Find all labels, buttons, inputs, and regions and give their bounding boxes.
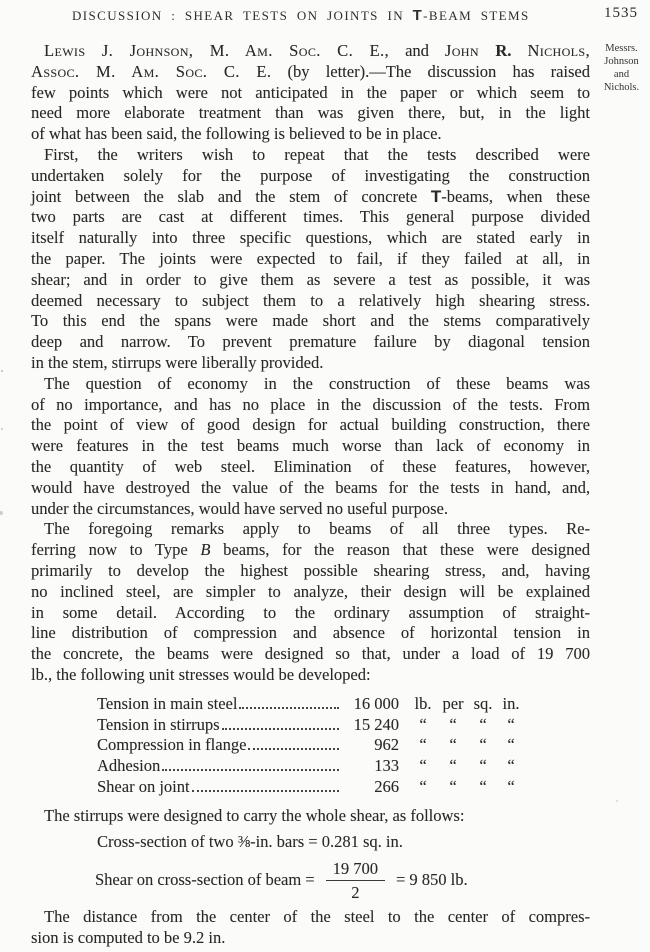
text-line: The question of economy in the construct… [31,374,590,395]
stress-unit: “ [468,777,498,798]
stress-unit: “ [438,735,468,756]
margin-note: Messrs. Johnson and Nichols. [593,42,650,94]
stress-units: lb.persq.in. [408,694,524,715]
stress-value: 962 [341,735,399,756]
dotted-leader [162,766,339,771]
stress-unit: “ [438,777,468,798]
paragraph-type-b: The foregoing remarks apply to beams of … [31,519,590,685]
stress-unit: “ [468,735,498,756]
stress-table-row: Compression in flange962““““ [97,735,524,756]
text-column: Lewis J. Johnson, M. Am. Soc. C. E., and… [31,41,590,949]
stress-unit: “ [468,715,498,736]
stress-unit: “ [498,777,524,798]
text-line: primarily to develop the highest possibl… [31,561,590,582]
margin-note-line: Messrs. [593,42,650,55]
text-segment: in the stem, stirrups were liberally pro… [31,353,323,372]
stress-unit: “ [408,735,438,756]
text-segment: R. [495,41,511,60]
stress-unit: “ [408,715,438,736]
equation-lhs: Shear on cross-section of beam = [95,870,315,891]
stress-table-row: Tension in main steel16 000lb.persq.in. [97,694,524,715]
text-line: The distance from the center of the stee… [31,907,590,928]
text-segment: were features in the test beams much wor… [31,436,590,455]
stress-label: Adhesion [97,756,160,777]
stress-label: Tension in main steel [97,694,237,715]
stress-table: Tension in main steel16 000lb.persq.in.T… [97,694,524,798]
page-number: 1535 [604,5,638,22]
text-line: of what has been said, the following is … [31,124,590,145]
scan-specks [1,370,3,372]
scanned-page: DISCUSSION : SHEAR TESTS ON JOINTS IN T-… [0,0,650,952]
stress-unit: “ [408,756,438,777]
text-segment: of what has been said, the following is … [31,124,442,143]
text-line: To this end the spans were made short an… [31,311,590,332]
stress-unit: “ [468,756,498,777]
text-line: sion is computed to be 9.2 in. [31,928,590,949]
stress-table-row: Adhesion133““““ [97,756,524,777]
text-segment: few points which were not anticipated in… [31,83,590,102]
running-header: DISCUSSION : SHEAR TESTS ON JOINTS IN T-… [0,0,650,28]
stress-units: ““““ [408,756,524,777]
fraction-denominator: 2 [326,881,385,902]
text-segment: the paper. The joints were expected to f… [31,249,590,268]
paragraph-economy: The question of economy in the construct… [31,374,590,520]
fraction-numerator: 19 700 [326,859,385,881]
text-segment: itself naturally into three specific que… [31,228,590,247]
text-line: in some detail. According to the ordinar… [31,603,590,624]
text-segment: joint between the slab and the stem of c… [31,187,431,206]
text-line: undertaken solely for the purpose of inv… [31,166,590,187]
text-segment: To this end the spans were made short an… [31,311,590,330]
equation-rhs: = 9 850 lb. [396,870,468,891]
text-line: the quantity of web steel. Elimination o… [31,457,590,478]
stress-label: Shear on joint [97,777,190,798]
text-line: no inclined steel, are simpler to analyz… [31,582,590,603]
text-segment: deemed necessary to subject them to a re… [31,291,590,310]
text-line: were features in the test beams much wor… [31,436,590,457]
stress-unit: in. [498,694,524,715]
text-segment: lb., the following unit stresses would b… [31,665,371,684]
text-segment: T [413,7,424,24]
cross-section-line: Cross-section of two ⅜-in. bars = 0.281 … [97,832,590,853]
text-line: line distribution of compression and abs… [31,623,590,644]
stress-units: ““““ [408,735,524,756]
text-line: itself naturally into three specific que… [31,228,590,249]
text-line: First, the writers wish to repeat that t… [31,145,590,166]
stress-unit: lb. [408,694,438,715]
text-segment: shear; and in order to give them as seve… [31,270,590,289]
text-segment: need more elaborate treatment than was g… [31,103,590,122]
text-segment: the concrete, the beams were designed so… [31,644,590,663]
text-segment: ferring now to Type [31,540,200,559]
stress-unit: “ [408,777,438,798]
text-line: few points which were not anticipated in… [31,83,590,104]
text-line: Lewis J. Johnson, M. Am. Soc. C. E., and… [31,41,590,62]
text-segment: line distribution of compression and abs… [31,623,590,642]
text-segment: First, the writers wish to repeat that t… [44,145,590,164]
stress-value: 16 000 [341,694,399,715]
stress-unit: per [438,694,468,715]
text-segment: two parts are cast at different times. T… [31,207,590,226]
stress-unit: “ [498,756,524,777]
text-segment: The stirrups were designed to carry the … [44,806,464,825]
running-header-title: DISCUSSION : SHEAR TESTS ON JOINTS IN T-… [72,7,530,24]
stress-units: ““““ [408,715,524,736]
text-line: ferring now to Type B beams, for the rea… [31,540,590,561]
text-segment: sion is computed to be 9.2 in. [31,928,225,947]
dotted-leader [222,725,339,730]
text-segment: in some detail. According to the ordinar… [31,603,590,622]
text-segment: no inclined steel, are simpler to analyz… [31,582,590,601]
text-segment: John [445,41,495,60]
dotted-leader [192,787,339,792]
text-segment: the point of view of good design for act… [31,415,590,434]
text-line: Assoc. M. Am. Soc. C. E. (by letter).—Th… [31,62,590,83]
text-segment: the quantity of web steel. Elimination o… [31,457,590,476]
stress-value: 133 [341,756,399,777]
stress-table-row: Tension in stirrups15 240““““ [97,715,524,736]
text-line: joint between the slab and the stem of c… [31,187,590,208]
margin-note-line: Nichols. [593,81,650,94]
text-line: shear; and in order to give them as seve… [31,270,590,291]
stress-value: 15 240 [341,715,399,736]
text-segment: The question of economy in the construct… [44,374,590,393]
text-line: the paper. The joints were expected to f… [31,249,590,270]
text-line: the point of view of good design for act… [31,415,590,436]
stress-value: 266 [341,777,399,798]
text-line: of no importance, and has no place in th… [31,395,590,416]
text-segment: B [200,540,210,559]
text-segment: Lewis J. Johnson, M. Am. Soc. C. E., [44,41,389,60]
text-segment: primarily to develop the highest possibl… [31,561,590,580]
text-segment: (by letter).—The discussion has raised [271,62,590,81]
stress-unit: “ [438,715,468,736]
text-segment: -beams, when these [441,187,590,206]
text-line: deemed necessary to subject them to a re… [31,291,590,312]
text-line: lb., the following unit stresses would b… [31,665,590,686]
text-line: under the circumstances, would have serv… [31,499,590,520]
text-segment: undertaken solely for the purpose of inv… [31,166,590,185]
text-line: two parts are cast at different times. T… [31,207,590,228]
fraction: 19 7002 [326,859,385,902]
text-line: The foregoing remarks apply to beams of … [31,519,590,540]
paragraph-first: First, the writers wish to repeat that t… [31,145,590,374]
text-segment: The foregoing remarks apply to beams of … [44,519,590,538]
text-segment: beams, for the reason that these were de… [210,540,590,559]
closing-paragraph: The distance from the center of the stee… [31,907,590,949]
text-segment: and [389,41,445,60]
stress-unit: sq. [468,694,498,715]
text-line: deep and narrow. To prevent premature fa… [31,332,590,353]
stress-unit: “ [498,715,524,736]
text-segment: T [431,187,441,206]
margin-note-line: and [593,68,650,81]
text-line: would have destroyed the value of the be… [31,478,590,499]
text-line: in the stem, stirrups were liberally pro… [31,353,590,374]
stirrups-note: The stirrups were designed to carry the … [31,806,590,827]
text-line: The stirrups were designed to carry the … [31,806,590,827]
text-line: need more elaborate treatment than was g… [31,103,590,124]
text-segment: DISCUSSION : SHEAR TESTS ON JOINTS IN [72,8,413,23]
paragraph-authors: Lewis J. Johnson, M. Am. Soc. C. E., and… [31,41,590,145]
margin-note-line: Johnson [593,55,650,68]
text-segment [511,41,527,60]
stress-unit: “ [498,735,524,756]
equation: Shear on cross-section of beam =19 7002=… [95,859,590,902]
text-segment: Nichols, [527,41,590,60]
stress-label: Compression in flange [97,735,246,756]
dotted-leader [248,745,339,750]
text-segment: Assoc. M. Am. Soc. C. E. [31,62,271,81]
text-segment: -BEAM STEMS [423,8,529,23]
stress-table-row: Shear on joint266““““ [97,777,524,798]
dotted-leader [239,704,339,709]
text-segment: Cross-section of two ⅜-in. bars = 0.281 … [97,832,403,851]
text-segment: would have destroyed the value of the be… [31,478,590,497]
text-segment: The distance from the center of the stee… [44,907,590,926]
text-segment: of no importance, and has no place in th… [31,395,590,414]
stress-unit: “ [438,756,468,777]
stress-label: Tension in stirrups [97,715,220,736]
stress-units: ““““ [408,777,524,798]
text-segment: under the circumstances, would have serv… [31,499,448,518]
text-line: the concrete, the beams were designed so… [31,644,590,665]
text-segment: deep and narrow. To prevent premature fa… [31,332,590,351]
